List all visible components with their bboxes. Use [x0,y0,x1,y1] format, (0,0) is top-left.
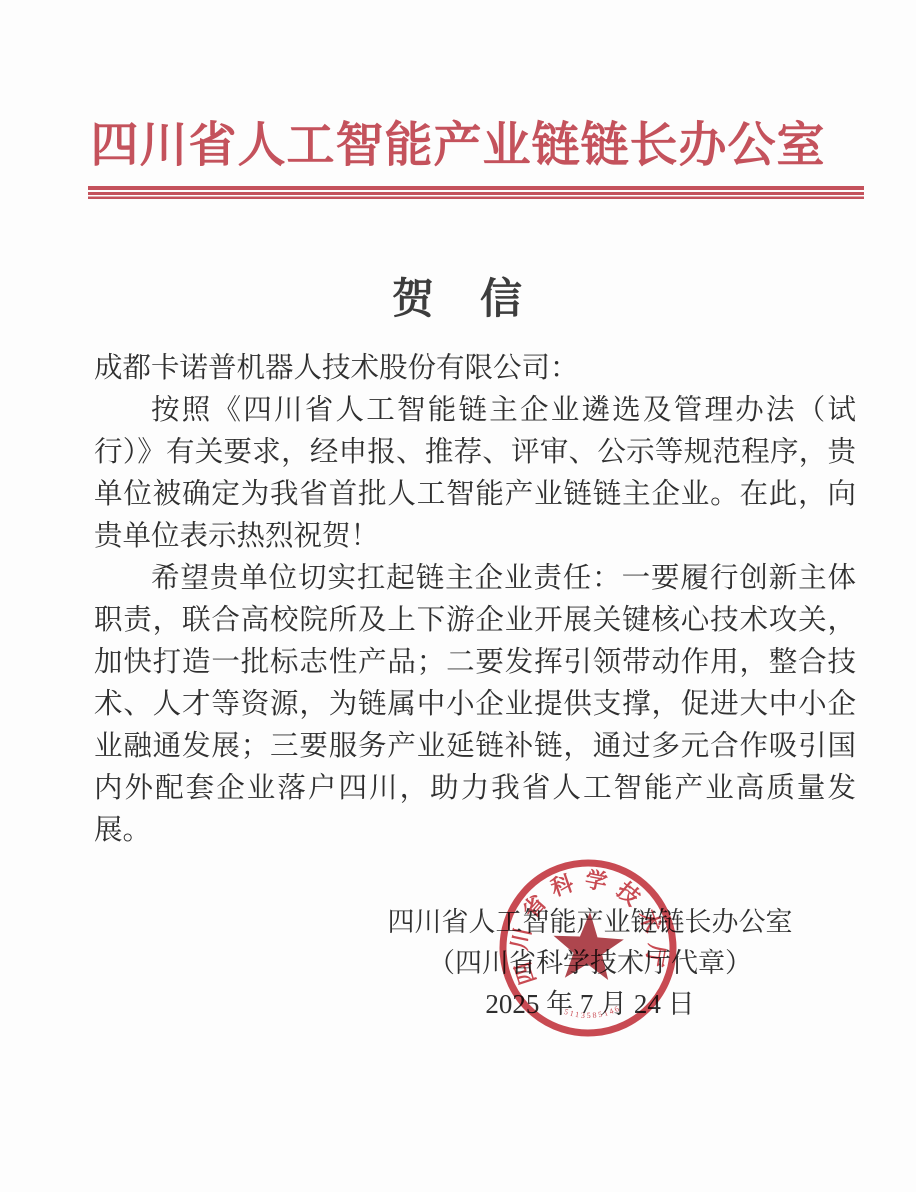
body-paragraph-2: 希望贵单位切实扛起链主企业责任：一要履行创新主体职责，联合高校院所及上下游企业开… [94,558,856,852]
signature-block: 四川省人工智能产业链链长办公室 （四川省科学技术厅代章） 2025 年 7 月 … [330,902,850,1025]
body-paragraph-1: 按照《四川省人工智能链主企业遴选及管理办法（试行）》有关要求，经申报、推荐、评审… [94,390,856,558]
letterhead-divider [88,186,864,199]
salutation-line: 成都卡诺普机器人技术股份有限公司： [94,348,856,390]
letter-body: 成都卡诺普机器人技术股份有限公司： 按照《四川省人工智能链主企业遴选及管理办法（… [94,348,856,852]
signature-proxy-note: （四川省科学技术厅代章） [330,943,850,984]
letterhead-title: 四川省人工智能产业链链长办公室 [0,106,916,175]
signature-date: 2025 年 7 月 24 日 [330,984,850,1025]
signature-org: 四川省人工智能产业链链长办公室 [330,902,850,943]
letter-page: 四川省人工智能产业链链长办公室 贺 信 成都卡诺普机器人技术股份有限公司： 按照… [0,0,916,1192]
document-title: 贺 信 [0,266,916,326]
